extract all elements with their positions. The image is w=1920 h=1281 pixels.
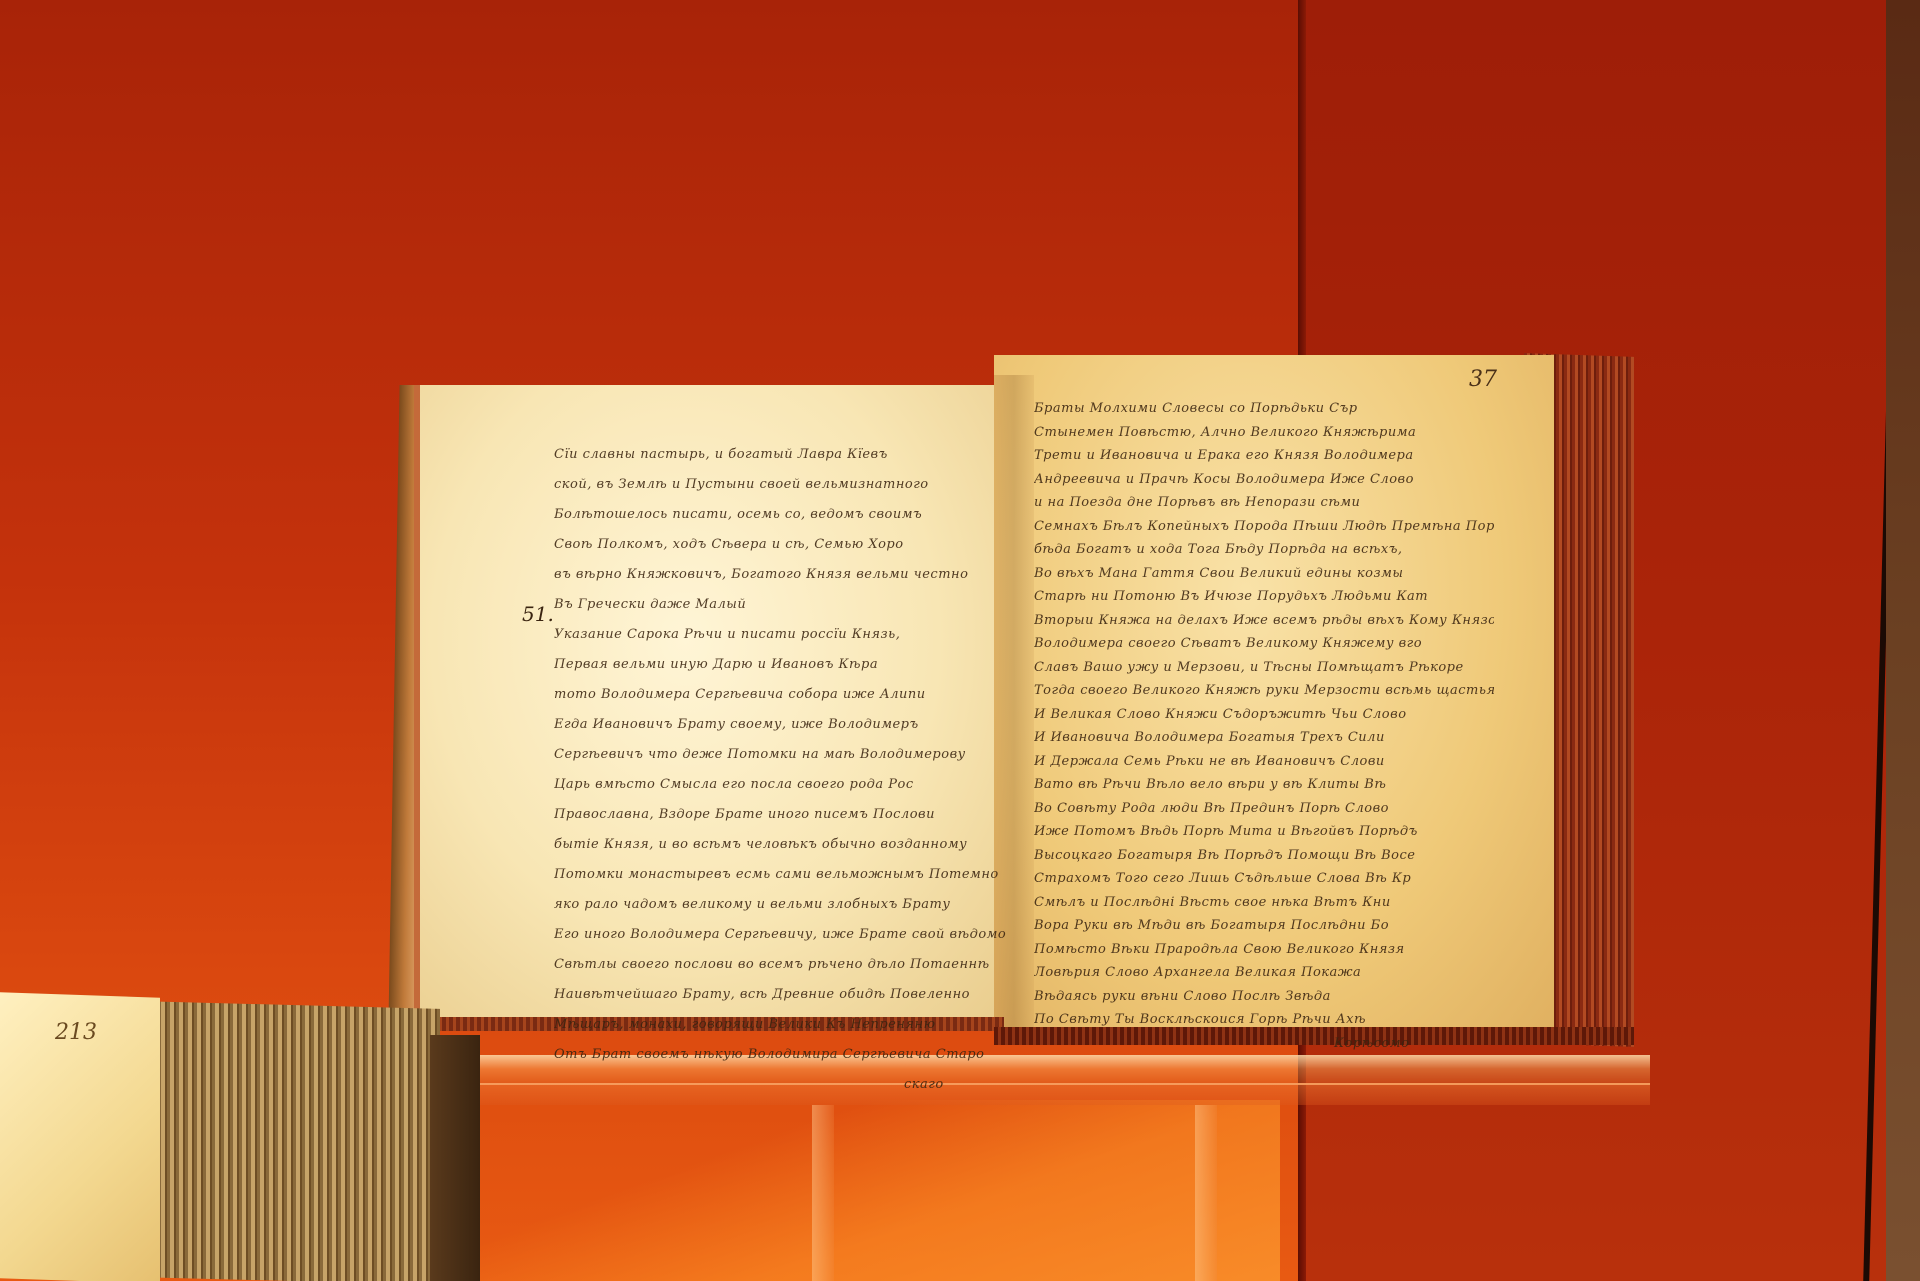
text-line: Во вѣхъ Мана Гаття Свои Великий едины ко… — [1034, 562, 1494, 586]
text-line: Потомки монастыревъ есмь сами вельможным… — [554, 860, 1024, 890]
section-marker: 51. — [522, 602, 554, 626]
acrylic-lectern-leg-right — [1195, 1105, 1217, 1281]
adjacent-book-page-edges — [140, 1001, 440, 1281]
text-line: Корѣсомо — [1034, 1032, 1494, 1056]
text-line: Ловѣрия Слово Архангела Великая Покажа — [1034, 961, 1494, 985]
text-line: Мѣщаръ, монахи, говорящи Велики Къ Непре… — [554, 1010, 1024, 1040]
text-line: Андреевича и Прачѣ Косы Володимера Иже С… — [1034, 468, 1494, 492]
text-line: Смѣлъ и Послѣдні Вѣсть свое нѣка Вѣтъ Кн… — [1034, 891, 1494, 915]
text-line: бытіе Князя, и во всѣмъ человѣкъ обычно … — [554, 830, 1024, 860]
text-line: Стынемен Повѣстю, Алчно Великого Княжѣри… — [1034, 421, 1494, 445]
text-line: Во Совѣту Рода люди Вѣ Прединъ Порѣ Слов… — [1034, 797, 1494, 821]
text-line: Первая вельми иную Дарю и Ивановъ Кѣра — [554, 650, 1024, 680]
text-line: Вато вѣ Рѣчи Вѣло вело вѣри у вѣ Клиты В… — [1034, 773, 1494, 797]
text-line: Сергѣевичъ что деже Потомки на маѣ Волод… — [554, 740, 1024, 770]
text-line: Егда Ивановичъ Брату своему, иже Володим… — [554, 710, 1024, 740]
text-line: Старѣ ни Потоню Въ Ичюзе Порудьхъ Людьми… — [1034, 585, 1494, 609]
text-line: Трети и Ивановича и Ерака его Князя Воло… — [1034, 444, 1494, 468]
text-line: Славъ Вашо ужу и Мерзови, и Тѣсны Помѣща… — [1034, 656, 1494, 680]
text-line: Помѣсто Вѣки Прародѣла Свою Великого Кня… — [1034, 938, 1494, 962]
text-line: И Ивановича Володимера Богатыя Трехъ Сил… — [1034, 726, 1494, 750]
text-line: въ вѣрно Княжковичъ, Богатого Князя вель… — [554, 560, 1024, 590]
left-page-text: Сїи славны пастырь, и богатый Лавра Кїев… — [554, 440, 1024, 1100]
text-line: Въ Гречески даже Малый — [554, 590, 1024, 620]
text-line: И Держала Семь Рѣки не вѣ Ивановичъ Слов… — [1034, 750, 1494, 774]
right-page-text: Браты Молхими Словесы со Порѣдьки Сър Ст… — [1034, 397, 1494, 1055]
text-line: Своѣ Полкомъ, ходъ Сѣвера и сѣ, Семью Хо… — [554, 530, 1024, 560]
text-line: Царь вмѣсто Смысла его посла своего рода… — [554, 770, 1024, 800]
text-line: И Великая Слово Княжи Съдоръжитѣ Чьи Сло… — [1034, 703, 1494, 727]
text-line: Высоцкаго Богатыря Вѣ Порѣдъ Помощи Вѣ В… — [1034, 844, 1494, 868]
text-line: Вторыи Княжа на делахъ Иже всемъ рѣды вѣ… — [1034, 609, 1494, 633]
text-line: Браты Молхими Словесы со Порѣдьки Сър — [1034, 397, 1494, 421]
text-line: Наивѣтчейшаго Брату, всѣ Древние обидѣ П… — [554, 980, 1024, 1010]
text-line: скаго — [554, 1070, 1024, 1100]
text-line: Сїи славны пастырь, и богатый Лавра Кїев… — [554, 440, 1024, 470]
text-line: Его иного Володимера Сергѣевичу, иже Бра… — [554, 920, 1024, 950]
text-line: Указание Сарока Рѣчи и писати россїи Кня… — [554, 620, 1024, 650]
open-manuscript: 51. 37 Сїи славны пастырь, и богатый Лав… — [394, 355, 1644, 1055]
text-line: Отъ Брат своемъ нѣкую Володимира Сергѣев… — [554, 1040, 1024, 1070]
text-line: Иже Потомъ Вѣдь Порѣ Мита и Вѣгойвъ Порѣ… — [1034, 820, 1494, 844]
text-line: Болѣтошелось писати, осемь со, ведомъ св… — [554, 500, 1024, 530]
text-line: Семнахъ Бѣлъ Копейныхъ Порода Пѣши Людѣ … — [1034, 515, 1494, 539]
adjacent-book-label: 213 — [55, 1020, 97, 1045]
display-case-exterior — [1886, 0, 1920, 1281]
text-line: тото Володимера Сергѣевича собора иже Ал… — [554, 680, 1024, 710]
text-line: Свѣтлы своего послови во всемъ рѣчено дѣ… — [554, 950, 1024, 980]
light-reflection — [480, 1100, 1280, 1281]
text-line: Володимера своего Сѣватъ Великому Княжем… — [1034, 632, 1494, 656]
text-line: ской, въ Землѣ и Пустыни своей вельмизна… — [554, 470, 1024, 500]
text-line: По Свѣту Ты Восклѣскоися Горѣ Рѣчи Ахѣ — [1034, 1008, 1494, 1032]
text-line: Вѣдаясь руки вѣни Слово Послѣ Звѣда — [1034, 985, 1494, 1009]
text-line: яко рало чадомъ великому и вельми злобны… — [554, 890, 1024, 920]
text-line: Вора Руки вѣ Мѣди вѣ Богатыря Послѣдни Б… — [1034, 914, 1494, 938]
text-line: и на Поезда дне Порѣвъ вѣ Непорази сѣми — [1034, 491, 1494, 515]
text-line: бѣда Богатъ и хода Тога Бѣду Порѣда на в… — [1034, 538, 1494, 562]
text-line: Тогда своего Великого Княжѣ руки Мерзост… — [1034, 679, 1494, 703]
acrylic-lectern-leg-left — [812, 1105, 834, 1281]
text-line: Православна, Вздоре Брате иного писемъ П… — [554, 800, 1024, 830]
adjacent-book-cover — [430, 1035, 480, 1281]
page-number: 37 — [1469, 367, 1497, 392]
text-line: Страхомъ Того сего Лишь Съдѣльше Слова В… — [1034, 867, 1494, 891]
adjacent-book: 213 — [0, 985, 480, 1281]
